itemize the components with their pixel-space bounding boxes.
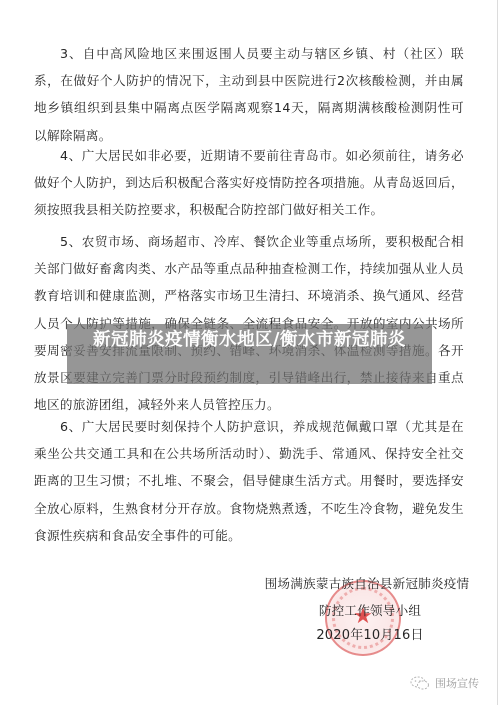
title-overlay-banner: 新冠肺炎疫情衡水地区/衡水市新冠肺炎 bbox=[67, 324, 432, 384]
issuer-line-1: 围场满族蒙古族自治县新冠肺炎疫情 bbox=[262, 573, 472, 592]
watermark-label: 围场宣传 bbox=[435, 675, 479, 691]
paragraph-text: 3、自中高风险地区来围返围人员要主动与辖区乡镇、村（社区）联系，在做好个人防护的… bbox=[34, 46, 464, 143]
document-page: 3、自中高风险地区来围返围人员要主动与辖区乡镇、村（社区）联系，在做好个人防护的… bbox=[0, 0, 498, 705]
watermark: 围场宣传 bbox=[410, 671, 479, 695]
paragraph-item-6: 6、广大居民要时刻保持个人防护意识，养成规范佩戴口罩（尤其是在乘坐公共交通工具和… bbox=[34, 413, 464, 549]
issuer-line-2: 防控工作领导小组 bbox=[290, 600, 450, 619]
paragraph-text: 6、广大居民要时刻保持个人防护意识，养成规范佩戴口罩（尤其是在乘坐公共交通工具和… bbox=[34, 419, 464, 543]
paragraph-item-3: 3、自中高风险地区来围返围人员要主动与辖区乡镇、村（社区）联系，在做好个人防护的… bbox=[34, 40, 464, 149]
issue-date: 2020年10月16日 bbox=[300, 624, 440, 643]
paragraph-text: 4、广大居民如非必要，近期请不要前往青岛市。如必须前往，请务必做好个人防护，到达… bbox=[34, 148, 464, 217]
paragraph-item-4: 4、广大居民如非必要，近期请不要前往青岛市。如必须前往，请务必做好个人防护，到达… bbox=[34, 142, 464, 224]
banner-title: 新冠肺炎疫情衡水地区/衡水市新冠肺炎 bbox=[67, 328, 432, 352]
wechat-icon bbox=[410, 676, 430, 690]
